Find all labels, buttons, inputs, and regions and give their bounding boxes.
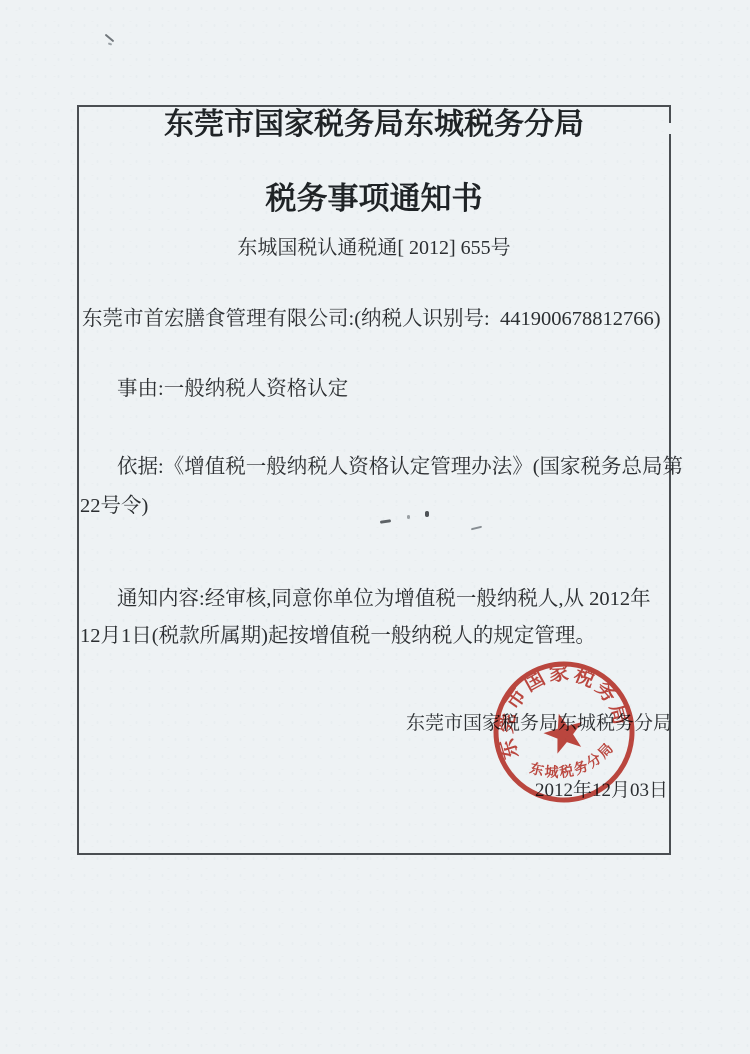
scanned-tax-notice-page: 东莞市国家税务局东城税务分局 税务事项通知书 东城国税认通税通[ 2012] 6… xyxy=(0,0,750,1054)
document-border-box: 东莞市国家税务局东城税务分局 税务事项通知书 东城国税认通税通[ 2012] 6… xyxy=(77,105,671,855)
subject-line: 事由:一般纳税人资格认定 xyxy=(117,378,348,402)
scan-smudge xyxy=(407,515,410,519)
legal-basis-line-2: 22号令) xyxy=(80,495,148,519)
notice-content-line-1: 通知内容:经审核,同意你单位为增值税一般纳税人,从 2012年 xyxy=(117,588,651,612)
addressee-and-taxpayer-id: 东莞市首宏膳食管理有限公司:(纳税人识别号: 441900678812766) xyxy=(82,308,661,332)
document-title: 税务事项通知书 xyxy=(79,181,669,217)
issuing-authority-title: 东莞市国家税务局东城税务分局 xyxy=(79,108,669,143)
scan-smudge xyxy=(105,34,115,43)
document-number: 东城国税认通税通[ 2012] 655号 xyxy=(79,237,669,260)
scan-smudge xyxy=(108,42,112,45)
scan-smudge xyxy=(425,511,429,517)
legal-basis-line-1: 依据:《增值税一般纳税人资格认定管理办法》(国家税务总局第 xyxy=(117,456,683,480)
star-icon xyxy=(540,708,589,756)
notice-content-line-2: 12月1日(税款所属期)起按增值税一般纳税人的规定管理。 xyxy=(80,625,596,649)
